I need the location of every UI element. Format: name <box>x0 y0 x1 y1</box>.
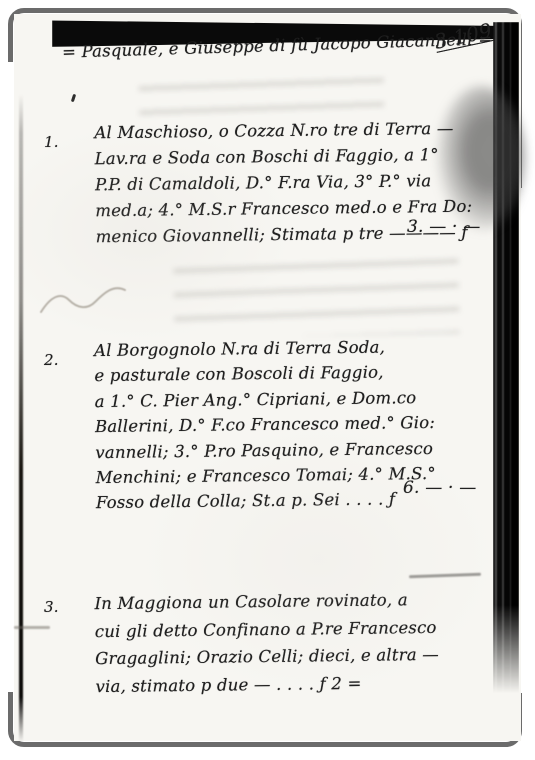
manuscript-scan-view: = Pasquale, e Giuseppe di fù Jacopo Giac… <box>0 0 535 760</box>
entry-amount: 6. — · — <box>403 478 476 498</box>
manuscript-line: Ballerini, D.° F.co Francesco med.° Gio: <box>95 410 436 440</box>
page-edge-shadow-line <box>19 94 23 742</box>
ink-speck <box>71 94 76 103</box>
paper-crease-line <box>39 276 129 325</box>
manuscript-line: In Maggiona un Casolare rovinato, a <box>94 586 438 618</box>
bleedthrough-text-middle <box>173 256 459 339</box>
entry-lines: Al Borgognolo N.ra di Terra Soda,e pastu… <box>94 334 436 516</box>
entry-amount: 3. — · — <box>407 217 480 237</box>
crease-squiggle-icon <box>39 276 129 321</box>
entry-number: 1. <box>44 133 59 151</box>
manuscript-line: Fosso della Colla; St.a p. Sei . . . . ƒ <box>96 486 437 516</box>
manuscript-line: via, stimato p due — . . . . ƒ 2 = <box>95 669 439 701</box>
manuscript-line: e pasturale con Boscoli di Faggio, <box>94 359 435 389</box>
faint-stroke-mark <box>409 573 481 579</box>
entry-number: 2. <box>44 351 59 369</box>
frame-mask-right <box>519 188 535 693</box>
manuscript-page: = Pasquale, e Giuseppe di fù Jacopo Giac… <box>14 14 521 741</box>
manuscript-line: cui gli detto Confinano a P.re Francesco <box>95 613 439 645</box>
manuscript-line: Gragaglini; Orazio Celli; dieci, e altra… <box>95 641 439 673</box>
entry-number: 3. <box>44 598 59 616</box>
entry-lines: In Maggiona un Casolare rovinato, acui g… <box>94 586 439 701</box>
faint-margin-mark <box>14 626 50 629</box>
